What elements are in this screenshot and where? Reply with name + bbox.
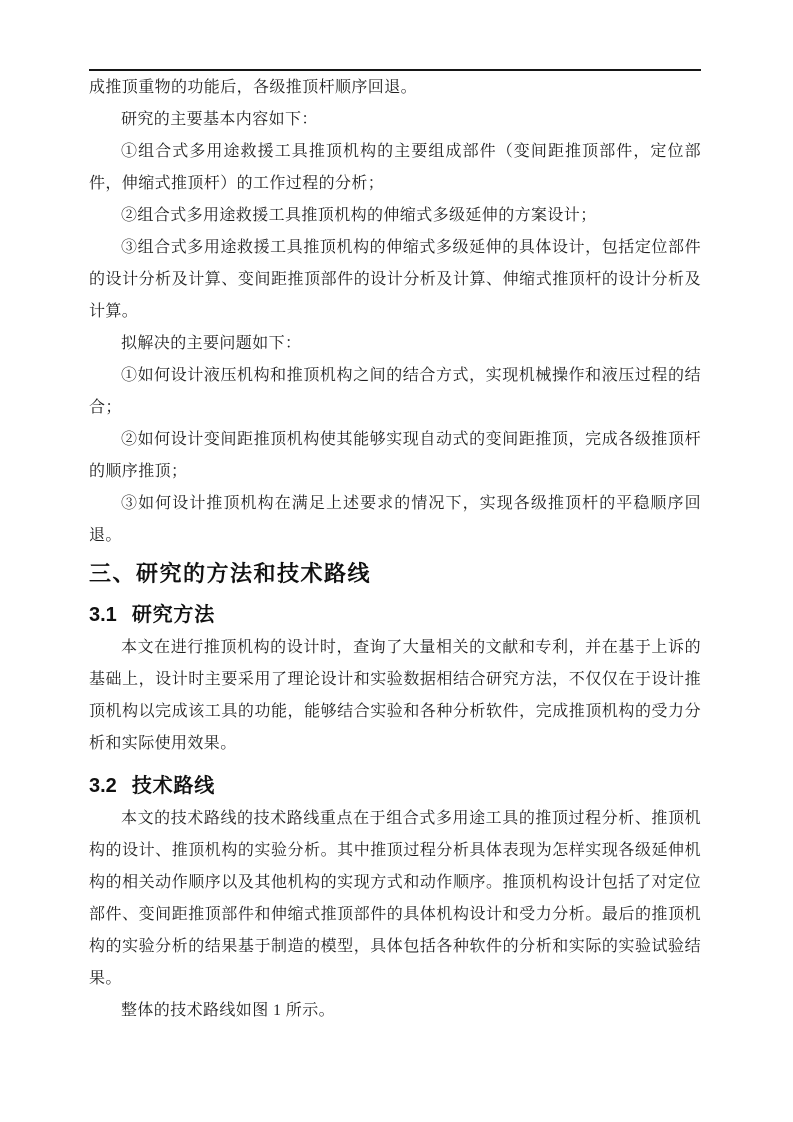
paragraph-problem-item-2: ②如何设计变间距推顶机构使其能够实现自动式的变间距推顶，完成各级推顶杆的顺序推顶… [89,424,701,488]
subsection-heading-3-1: 3.1研究方法 [89,602,701,629]
paragraph-research-content-intro: 研究的主要基本内容如下： [89,104,701,136]
subsection-number: 3.2 [89,775,117,797]
paragraph-content-item-2: ②组合式多用途救援工具推顶机构的伸缩式多级延伸的方案设计； [89,200,701,232]
page-content: 成推顶重物的功能后，各级推顶杆顺序回退。 研究的主要基本内容如下： ①组合式多用… [89,69,701,1027]
section-heading-methods-and-route: 三、研究的方法和技术路线 [89,559,701,589]
paragraph-route-figure-reference: 整体的技术路线如图 1 所示。 [89,995,701,1027]
paragraph-technical-route: 本文的技术路线的技术路线重点在于组合式多用途工具的推顶过程分析、推顶机构的设计、… [89,803,701,995]
subsection-number: 3.1 [89,604,117,626]
paragraph-continued: 成推顶重物的功能后，各级推顶杆顺序回退。 [89,72,701,104]
header-rule [89,69,701,71]
document-page: 成推顶重物的功能后，各级推顶杆顺序回退。 研究的主要基本内容如下： ①组合式多用… [0,0,793,1122]
subsection-title: 研究方法 [132,604,215,626]
paragraph-problem-item-3: ③如何设计推顶机构在满足上述要求的情况下，实现各级推顶杆的平稳顺序回退。 [89,488,701,552]
paragraph-problems-intro: 拟解决的主要问题如下： [89,328,701,360]
subsection-title: 技术路线 [132,775,215,797]
paragraph-content-item-1: ①组合式多用途救援工具推顶机构的主要组成部件（变间距推顶部件，定位部件，伸缩式推… [89,136,701,200]
subsection-heading-3-2: 3.2技术路线 [89,773,701,800]
paragraph-research-method: 本文在进行推顶机构的设计时，查询了大量相关的文献和专利，并在基于上诉的基础上，设… [89,632,701,760]
paragraph-problem-item-1: ①如何设计液压机构和推顶机构之间的结合方式，实现机械操作和液压过程的结合； [89,360,701,424]
paragraph-content-item-3: ③组合式多用途救援工具推顶机构的伸缩式多级延伸的具体设计，包括定位部件的设计分析… [89,232,701,328]
